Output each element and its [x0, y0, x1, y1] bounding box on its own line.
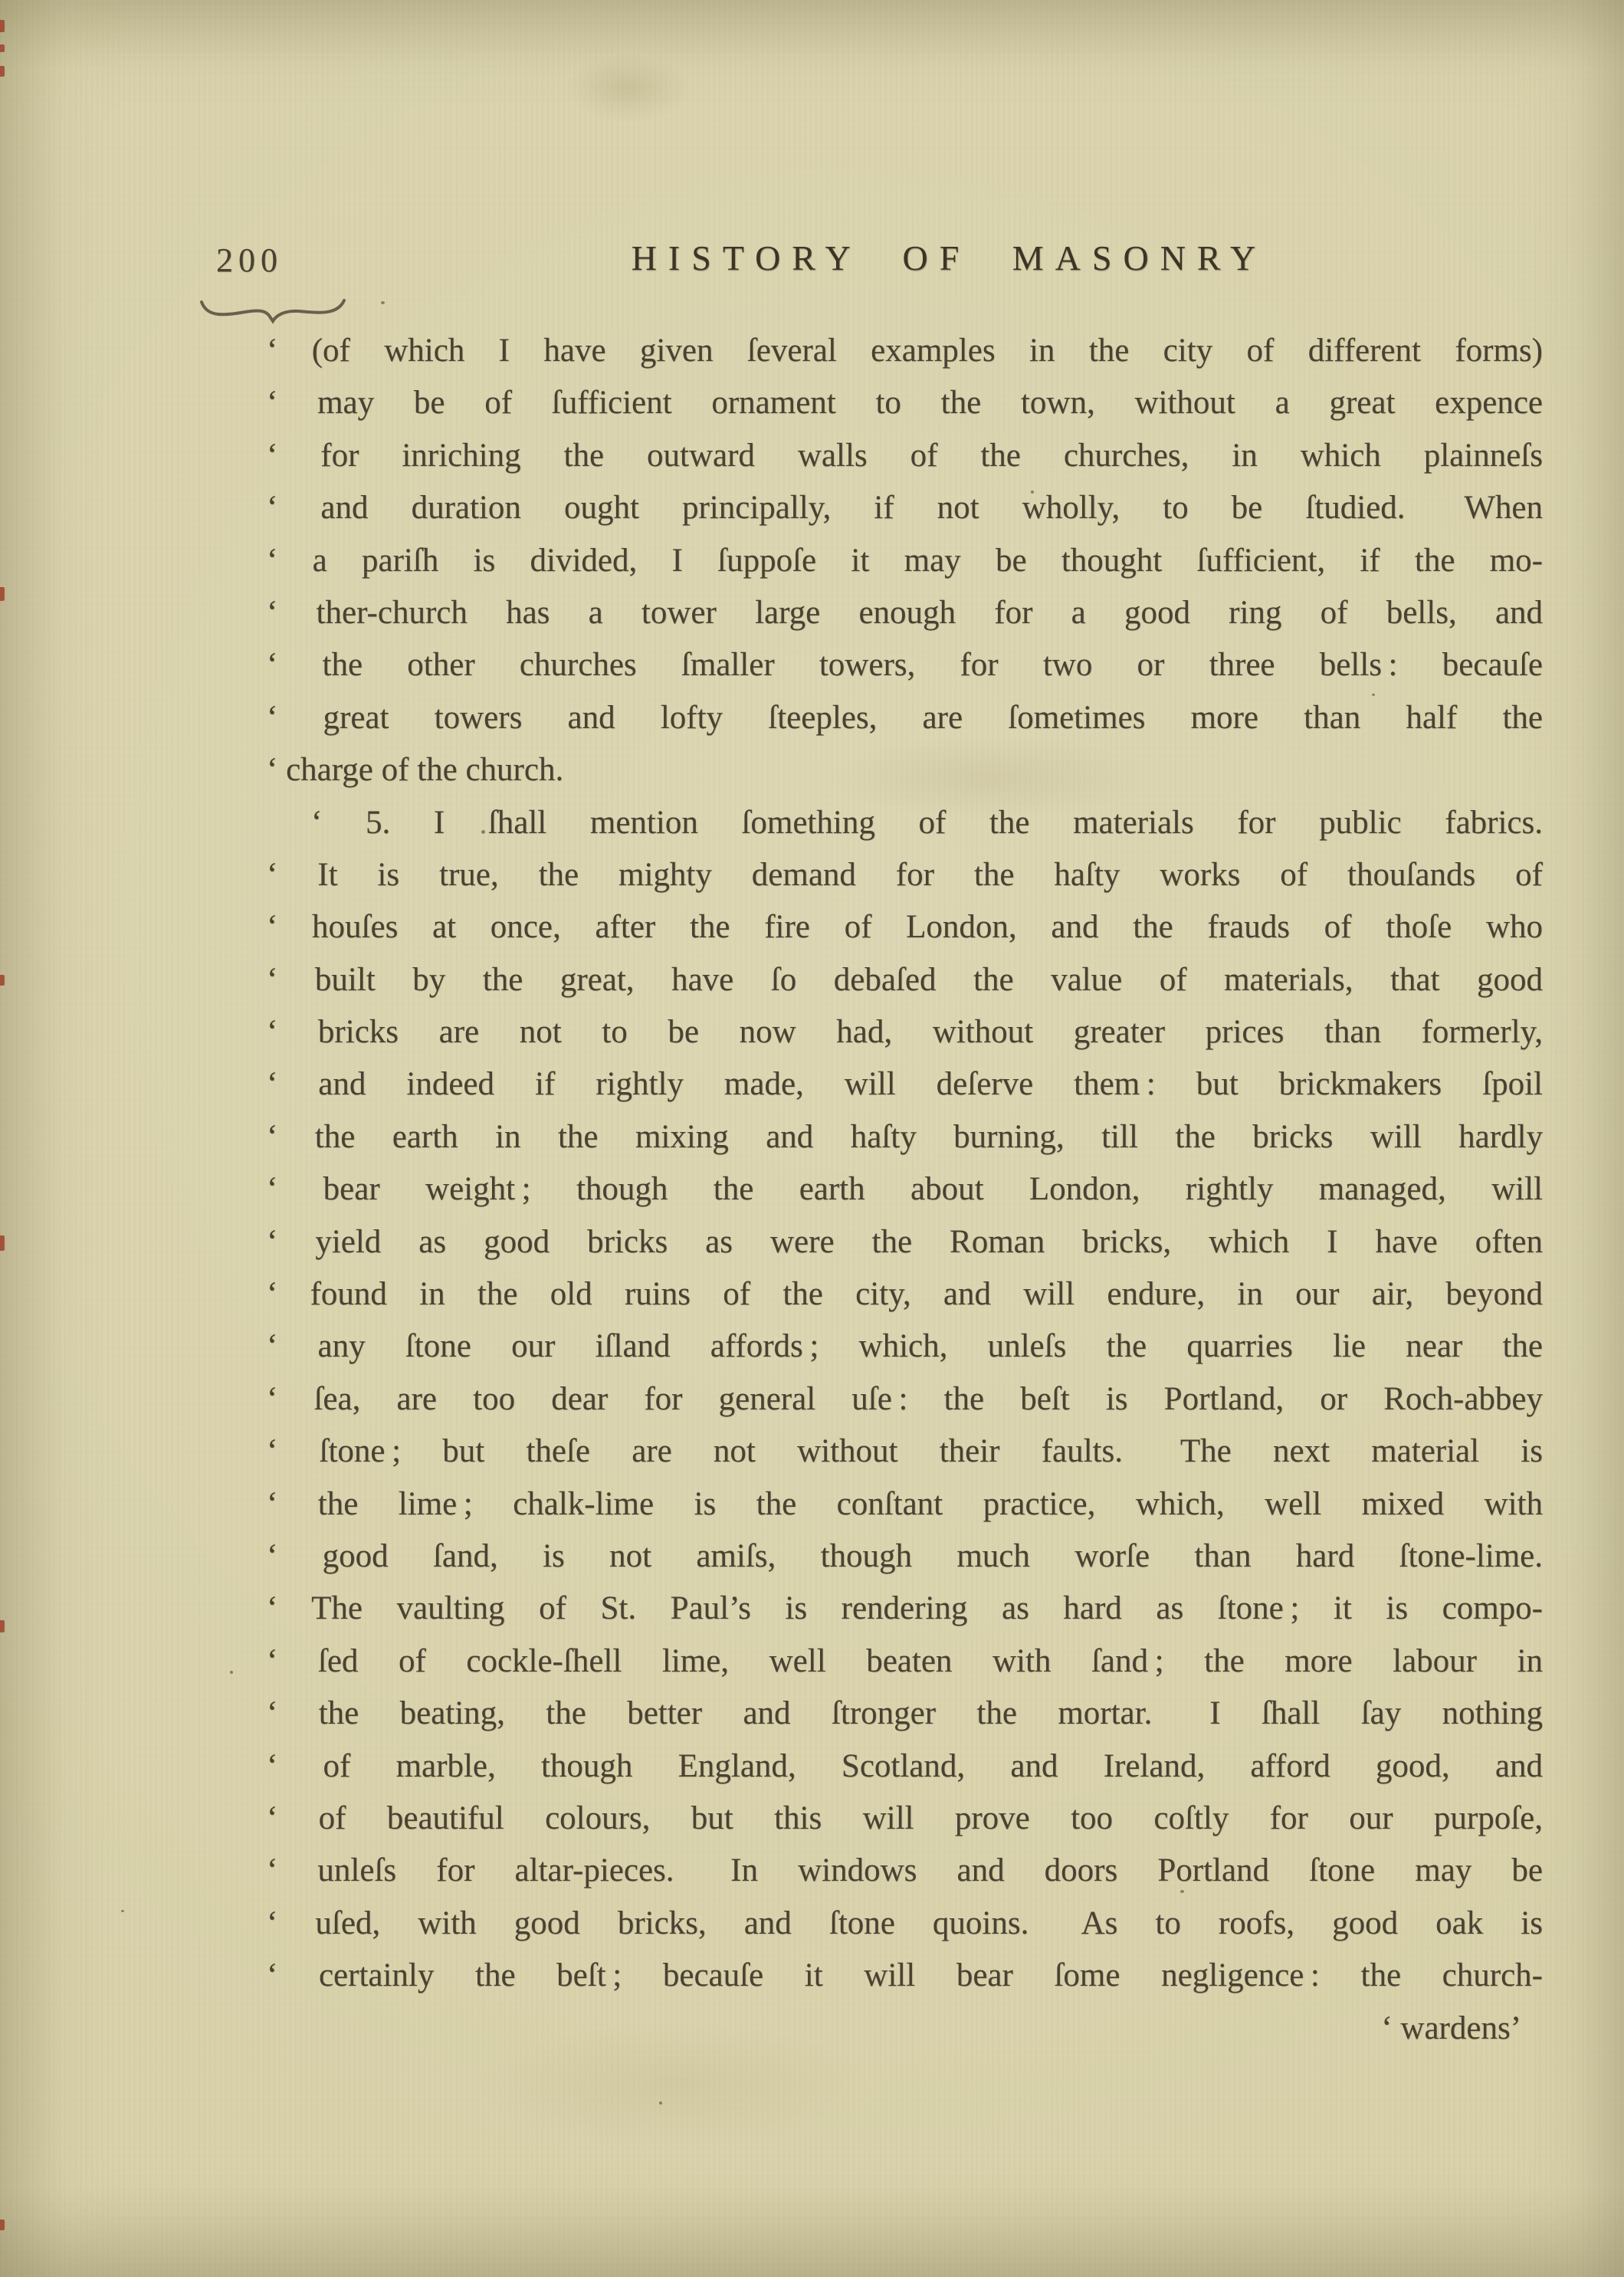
- page-number: 200: [216, 241, 283, 280]
- text-line: ‘ of beautiful colours, but this will pr…: [267, 1793, 1543, 1845]
- text-line: ‘ certainly the beſt ; becauſe it will b…: [267, 1950, 1543, 2002]
- text-line: ‘ ther-church has a tower large enough f…: [267, 587, 1543, 639]
- text-line: ‘ great towers and lofty ſteeples, are ſ…: [267, 692, 1543, 744]
- text-line: ‘ for inriching the outward walls of the…: [267, 430, 1543, 482]
- scan-artifact: [0, 1620, 5, 1632]
- scan-artifact: [0, 66, 5, 77]
- text-line: ‘ 5. I ſhall mention ſomething of the ma…: [267, 797, 1543, 849]
- text-line: ‘ ſtone ; but theſe are not without thei…: [267, 1426, 1543, 1478]
- text-line: ‘ The vaulting of St. Paul’s is renderin…: [267, 1583, 1543, 1635]
- text-line: ‘ of marble, though England, Scotland, a…: [267, 1741, 1543, 1793]
- text-line: ‘ any ſtone our iſland affords ; which, …: [267, 1321, 1543, 1373]
- page-number-flourish-icon: [198, 296, 348, 328]
- text-line: ‘ may be of ſufficient ornament to the t…: [267, 377, 1543, 429]
- text-line: ‘ yield as good bricks as were the Roman…: [267, 1216, 1543, 1268]
- paper-stain: [567, 54, 690, 123]
- text-line: ‘ bricks are not to be now had, without …: [267, 1006, 1543, 1058]
- text-line: ‘ ſea, are too dear for general uſe : th…: [267, 1373, 1543, 1426]
- text-line: ‘ charge of the church.: [267, 744, 1543, 796]
- text-line: ‘ found in the old ruins of the city, an…: [267, 1268, 1543, 1321]
- text-line: ‘ (of which I have given ſeveral example…: [267, 325, 1543, 377]
- text-line: ‘ built by the great, have ſo debaſed th…: [267, 954, 1543, 1006]
- ink-speck: [659, 2101, 662, 2105]
- text-line: ‘ a pariſh is divided, I ſuppoſe it may …: [267, 535, 1543, 587]
- scan-artifact: [0, 587, 5, 601]
- scanned-book-page: 200 HISTORY OF MASONRY ‘ (of which I hav…: [0, 0, 1624, 2277]
- catchword: ‘ wardens’: [267, 2003, 1543, 2055]
- ink-speck: [121, 1910, 124, 1912]
- text-line: ‘ unleſs for altar-pieces. In windows an…: [267, 1845, 1543, 1897]
- text-line: ‘ bear weight ; though the earth about L…: [267, 1163, 1543, 1216]
- scan-artifact: [0, 1235, 5, 1251]
- text-line: ‘ houſes at once, after the fire of Lond…: [267, 901, 1543, 953]
- running-title: HISTORY OF MASONRY: [274, 238, 1624, 278]
- scan-artifact: [0, 20, 5, 32]
- text-line: ‘ and indeed if rightly made, will deſer…: [267, 1058, 1543, 1111]
- text-block: ‘ (of which I have given ſeveral example…: [267, 325, 1543, 2055]
- scan-artifact: [0, 44, 5, 52]
- scan-artifact: [0, 975, 5, 986]
- text-line: ‘ uſed, with good bricks, and ſtone quoi…: [267, 1898, 1543, 1950]
- text-line: ‘ and duration ought principally, if not…: [267, 482, 1543, 534]
- ink-speck: [381, 301, 385, 304]
- scan-artifact: [0, 2220, 5, 2230]
- text-line: ‘ the other churches ſmaller towers, for…: [267, 639, 1543, 691]
- text-line: ‘ good ſand, is not amiſs, though much w…: [267, 1531, 1543, 1583]
- text-line: ‘ the lime ; chalk-lime is the conſtant …: [267, 1478, 1543, 1531]
- ink-speck: [230, 1671, 233, 1674]
- text-line: ‘ ſed of cockle-ſhell lime, well beaten …: [267, 1636, 1543, 1688]
- text-line: ‘ the earth in the mixing and haſty burn…: [267, 1111, 1543, 1163]
- text-line: ‘ It is true, the mighty demand for the …: [267, 849, 1543, 901]
- text-line: ‘ the beating, the better and ſtronger t…: [267, 1688, 1543, 1740]
